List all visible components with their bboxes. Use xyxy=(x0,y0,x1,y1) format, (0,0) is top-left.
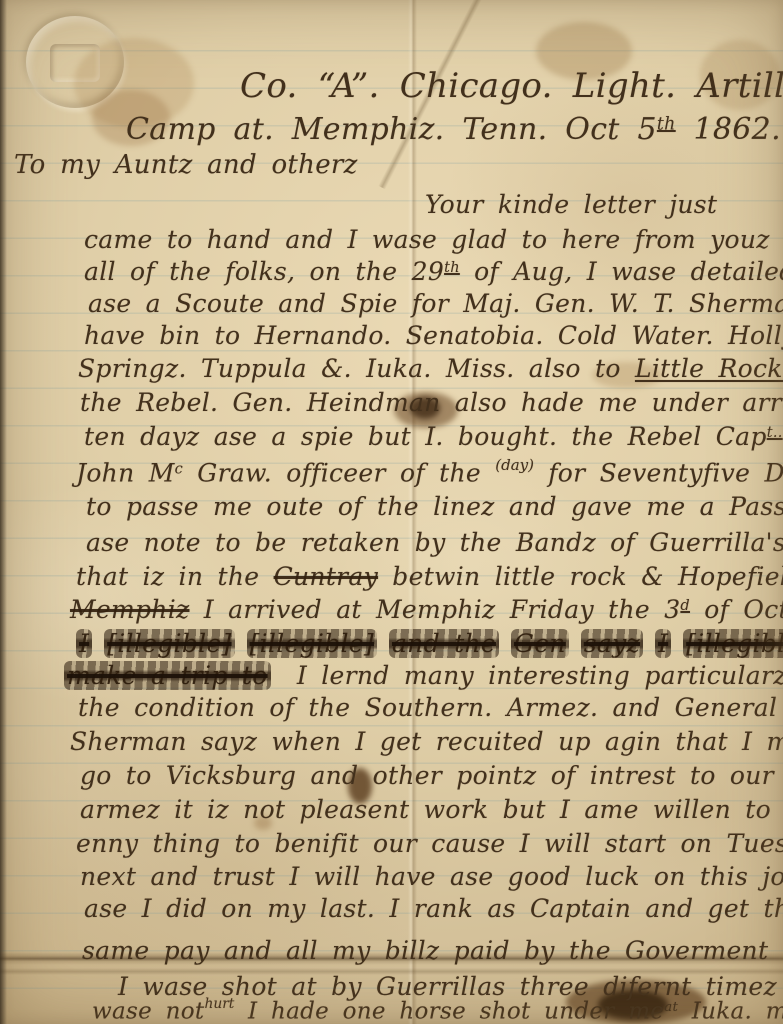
letter-dateline: Camp at. Memphiz. Tenn. Oct 5th 1862. xyxy=(126,112,781,147)
text-segment: d xyxy=(680,598,690,614)
letter-line: enny thing to benifit our cause I will s… xyxy=(76,829,783,858)
text-segment: same pay and all my billz paid by the Go… xyxy=(82,936,768,965)
text-segment: shot under me xyxy=(480,998,665,1024)
text-segment: ase a Scoute and Spie for Maj. Gen. W. T… xyxy=(88,289,783,318)
text-segment: the condition of the Southern. Armez. an… xyxy=(78,693,777,722)
letter-line: ase a Scoute and Spie for Maj. Gen. W. T… xyxy=(88,289,783,318)
text-segment: I xyxy=(655,629,671,658)
text-segment: armez it iz not pleasent work but I ame … xyxy=(80,795,783,824)
letter-line: I[illegible][illegible]and theGensayzI[i… xyxy=(76,629,783,658)
text-segment: t.. xyxy=(767,425,783,441)
text-segment: Camp at. Memphiz. Tenn. Oct 5 xyxy=(126,112,657,147)
letter-page: Co. “A”. Chicago. Light. Artillery Camp … xyxy=(0,0,783,1024)
text-segment: of Oct.. xyxy=(690,595,783,624)
text-segment: all of the folks, on the 29 xyxy=(84,257,444,286)
letter-line: make a trip to I lernd many interesting … xyxy=(64,661,783,690)
text-segment: I lernd many interesting particularz of xyxy=(283,661,783,690)
letter-line: ase I did on my last. I rank as Captain … xyxy=(84,894,783,923)
text-segment: hurt xyxy=(204,996,234,1012)
text-segment: at xyxy=(664,1000,678,1015)
text-segment: ase note to be retaken by the Bandz of G… xyxy=(86,528,783,557)
text-segment: [illegible] xyxy=(104,629,234,658)
letter-line: the Rebel. Gen. Heindman also hade me un… xyxy=(80,388,783,417)
text-segment: Memphiz xyxy=(70,595,189,624)
letter-line: have bin to Hernando. Senatobia. Cold Wa… xyxy=(84,321,783,350)
letter-line: to passe me oute of the linez and gave m… xyxy=(86,492,783,521)
text-segment: the Rebel. Gen. Heindman also hade me un… xyxy=(80,388,783,417)
text-segment: that iz in the xyxy=(76,562,274,591)
letter-line: Springz. Tuppula &. Iuka. Miss. also to … xyxy=(78,354,783,383)
text-segment: th xyxy=(444,260,460,276)
text-segment: ten dayz ase a spie but I. bought. the R… xyxy=(84,422,767,451)
letter-line: same pay and all my billz paid by the Go… xyxy=(82,936,768,965)
letter-line: all of the folks, on the 29th of Aug, I … xyxy=(84,257,783,286)
text-segment: sayz xyxy=(581,629,643,658)
text-segment: Graw. officeer of the xyxy=(183,458,495,487)
text-segment: have bin to Hernando. Senatobia. Cold Wa… xyxy=(84,321,783,350)
text-segment: betwin little rock & Hopefield opposit xyxy=(378,562,783,591)
text-segment: to passe me oute of the linez and gave m… xyxy=(86,492,783,521)
letter-line: Your kinde letter just xyxy=(425,190,717,219)
letter-line: came to hand and I wase glad to here fro… xyxy=(84,225,783,254)
text-segment: (day) xyxy=(495,456,534,474)
text-segment: Gen xyxy=(511,629,569,658)
text-segment: of Aug, I wase detailed xyxy=(460,257,783,286)
text-segment: and the xyxy=(389,629,499,658)
letter-line: go to Vicksburg and other pointz of intr… xyxy=(80,761,774,790)
letter-line: that iz in the Cuntray betwin little roc… xyxy=(76,562,783,591)
letter-line: the condition of the Southern. Armez. an… xyxy=(78,693,777,722)
text-segment: Iuka. miss xyxy=(678,998,783,1024)
text-segment: Co. “A”. Chicago. Light. Artillery xyxy=(240,66,783,106)
letter-line: Memphiz I arrived at Memphiz Friday the … xyxy=(70,595,783,624)
text-segment: I hade one horse xyxy=(234,998,479,1024)
text-segment: make a trip to xyxy=(64,661,271,690)
text-segment: ase I did on my last. I rank as Captain … xyxy=(84,894,783,923)
letter-salutation: To my Auntz and otherz xyxy=(14,150,358,180)
text-segment: go to Vicksburg and other pointz of intr… xyxy=(80,761,774,790)
text-segment: came to hand and I wase glad to here fro… xyxy=(84,225,783,254)
text-segment: th xyxy=(657,114,676,134)
text-segment: next and trust I will have ase good luck… xyxy=(80,862,783,891)
text-segment: Cuntray xyxy=(274,562,378,591)
text-segment: wase not xyxy=(92,998,204,1024)
text-segment: Your kinde letter just xyxy=(425,190,717,219)
letter-line: ase note to be retaken by the Bandz of G… xyxy=(86,528,783,557)
text-segment: Little Rock. xyxy=(635,354,783,383)
letter-line: Sherman sayz when I get recuited up agin… xyxy=(70,727,783,756)
letter-line: wase nothurt I hade one horse shot under… xyxy=(92,996,783,1024)
seal-crest xyxy=(50,44,100,82)
embossed-seal xyxy=(26,16,124,108)
text-segment: Springz. Tuppula &. Iuka. Miss. also to xyxy=(78,354,635,383)
text-segment: Sherman sayz when I get recuited up agin… xyxy=(70,727,783,756)
text-segment: John M xyxy=(76,458,175,487)
text-segment: [illegible] xyxy=(247,629,377,658)
text-segment: I xyxy=(76,629,92,658)
text-segment: enny thing to benifit our cause I will s… xyxy=(76,829,783,858)
paper-left-edge xyxy=(0,0,7,1024)
letter-heading: Co. “A”. Chicago. Light. Artillery xyxy=(240,66,783,106)
text-segment: c xyxy=(175,461,183,477)
text-segment: [illegible] xyxy=(683,629,783,658)
text-segment: 1862. xyxy=(676,112,781,147)
letter-line: John Mc Graw. officeer of the (day) for … xyxy=(76,456,783,487)
letter-line: ten dayz ase a spie but I. bought. the R… xyxy=(84,422,783,451)
text-segment: I arrived at Memphiz Friday the 3 xyxy=(189,595,680,624)
text-segment: To my Auntz and otherz xyxy=(14,150,358,180)
letter-line: armez it iz not pleasent work but I ame … xyxy=(80,795,783,824)
letter-line: next and trust I will have ase good luck… xyxy=(80,862,783,891)
text-segment: for Seventyfive Dollarz xyxy=(534,458,783,487)
